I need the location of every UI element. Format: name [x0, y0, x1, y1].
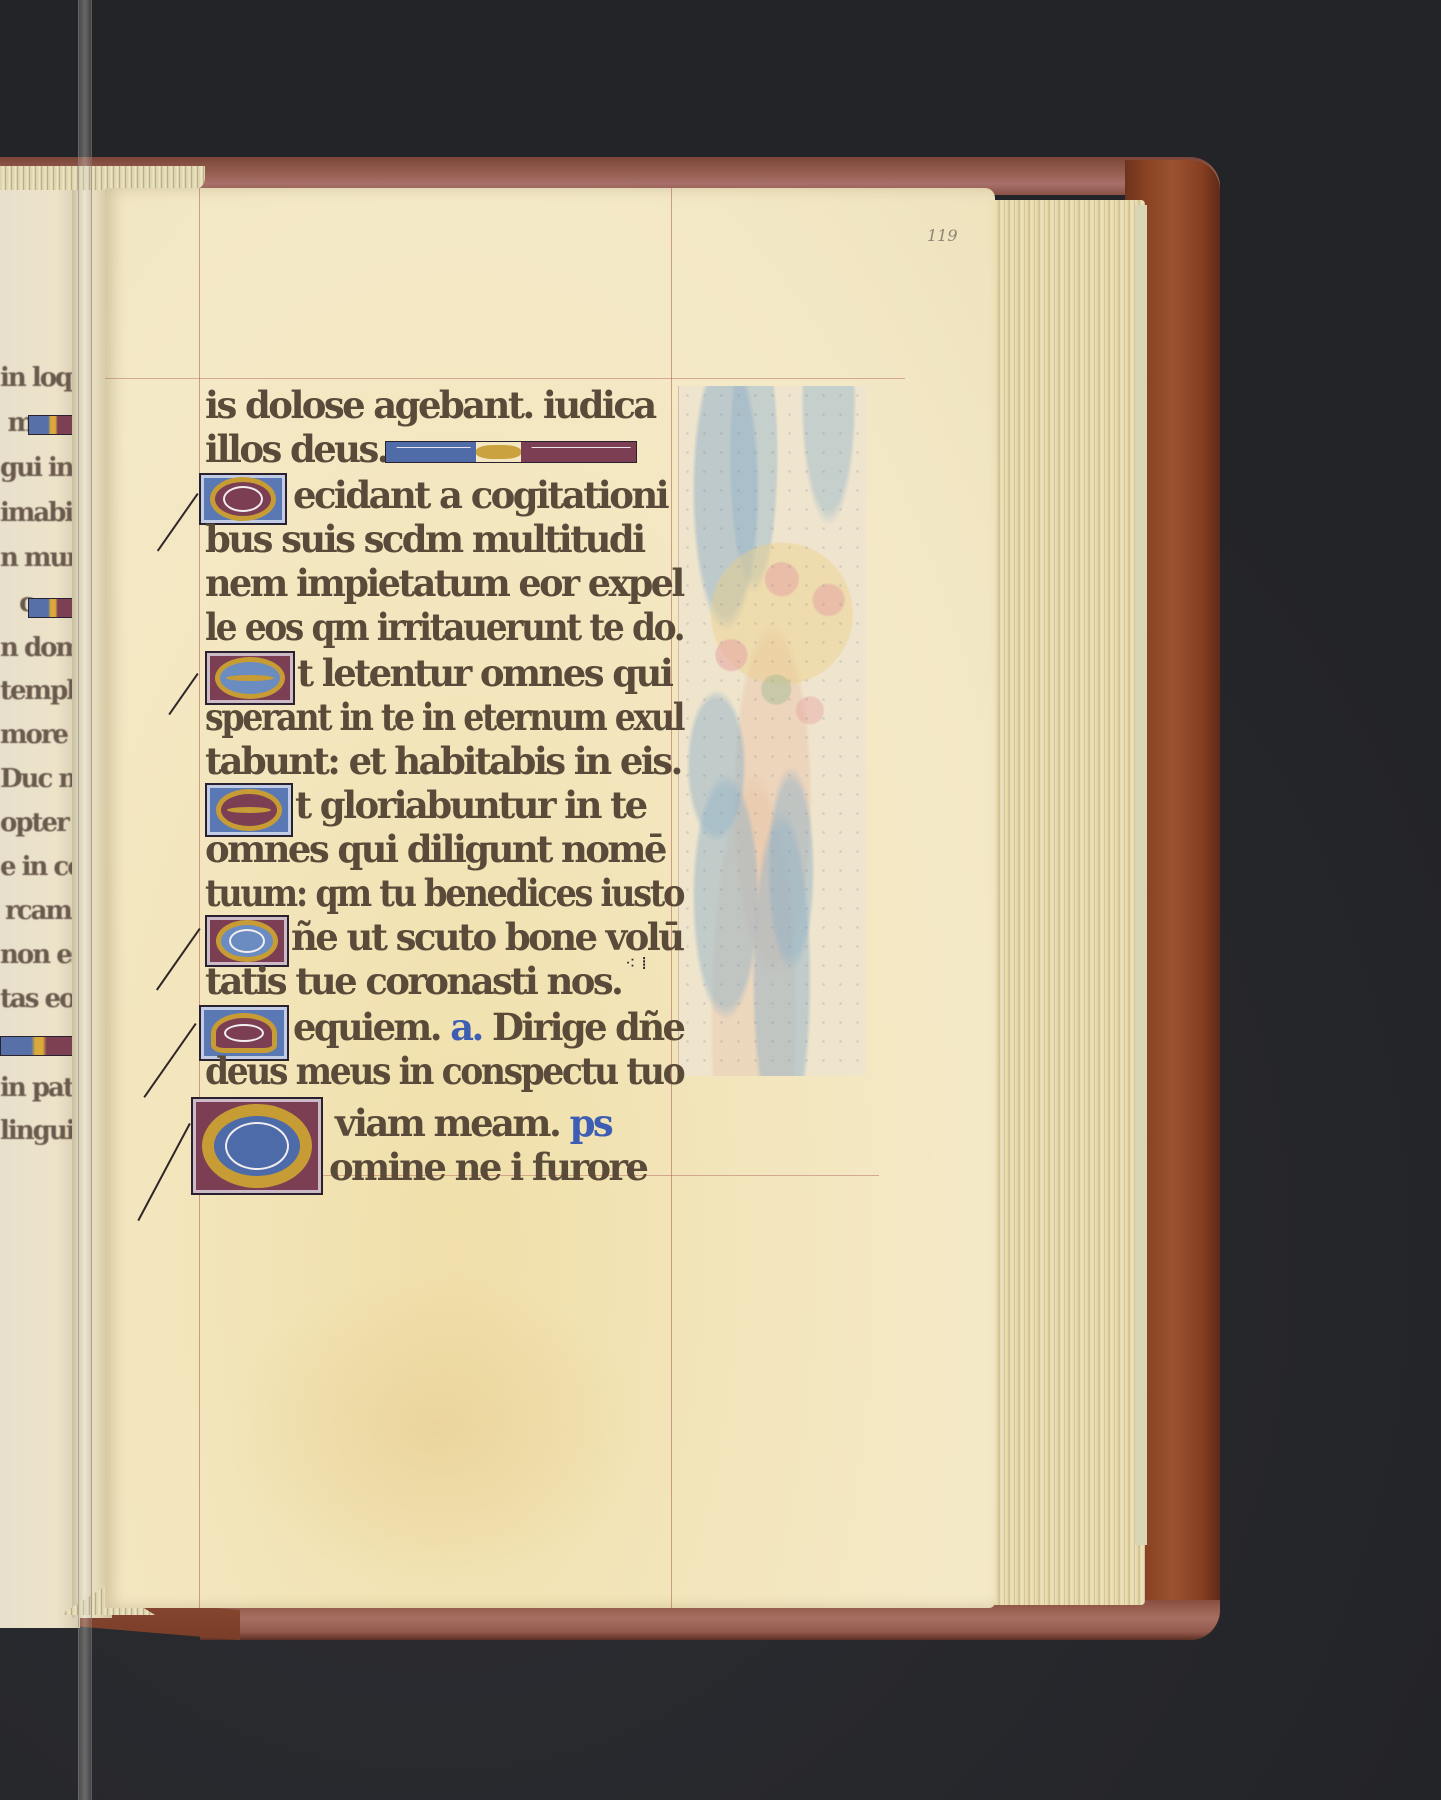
text-line: omnes qui diligunt nomē: [205, 827, 665, 871]
verso-line: tas eor va: [0, 984, 78, 1018]
pen-flourish: [168, 673, 198, 715]
verso-line: imabitu: [0, 498, 78, 532]
verso-line: non est: [0, 940, 78, 974]
acanthus-border-panel: [678, 386, 866, 1076]
antiphon-text: Dirige dñe: [492, 1005, 683, 1049]
text-line: t gloriabuntur in te: [295, 783, 646, 827]
endleaf-edge: [1135, 205, 1147, 1545]
glass-weight-strip: [78, 0, 92, 1800]
text-line: deus meus in conspectu tuo: [205, 1049, 683, 1093]
verso-line: rcam.: [0, 896, 78, 930]
text-line: tabunt: et habitabis in eis.: [205, 739, 681, 783]
text-line: is dolose agebant. iudica: [205, 383, 655, 427]
parchment-stain: [225, 1268, 645, 1588]
pen-flourish: [143, 1023, 196, 1098]
text-line: nem impietatum eor expel: [205, 561, 683, 605]
psalm-rubric: ps: [570, 1101, 612, 1145]
text-line: sperant in te in eternum exul: [205, 695, 683, 739]
text-line: bus suis scdm multitudi: [205, 517, 644, 561]
line-filler: [385, 441, 637, 463]
text-line: ñe ut scuto bone volū: [291, 915, 683, 959]
page-stack-edges: [975, 200, 1145, 1605]
line-filler: [28, 415, 78, 435]
line-filler: [0, 1036, 78, 1056]
text-line: tuum: qm tu benedices iusto: [205, 871, 683, 915]
text-line: omine ne i furore: [329, 1145, 646, 1189]
text-line: illos deus.: [205, 427, 387, 471]
verso-line: in patris: [0, 1073, 78, 1107]
illuminated-initial-d-large: [191, 1097, 323, 1195]
headband-top: [0, 166, 205, 190]
verso-line: opter inim: [0, 808, 78, 842]
verso-line: more tua.: [0, 720, 78, 754]
text-line: viam meam. ps: [335, 1101, 611, 1145]
verso-line: Duc me d: [0, 764, 78, 798]
verso-page-fragment: in loquun m. gui in me imabitu n mundi c…: [0, 168, 80, 1628]
verso-line: n mundi: [0, 543, 78, 577]
line-filler: [28, 598, 78, 618]
antiphon-rubric: a.: [450, 1005, 481, 1049]
verso-line: n domum: [0, 633, 78, 667]
border-dot-pattern: [679, 386, 866, 1076]
text-line: le eos qm irritauerunt te do.: [205, 605, 683, 649]
recto-page: 119 is dolose agebant. iudica illos deus…: [105, 188, 995, 1608]
text-line: ecidant a cogitationi: [293, 473, 667, 517]
verso-line: linguis: [0, 1116, 78, 1150]
text-line: tatis tue coronasti nos.: [205, 959, 621, 1003]
verso-line: in loquun: [0, 363, 78, 397]
pen-flourish: [157, 493, 198, 551]
psalm-line: viam meam.: [335, 1101, 559, 1145]
ruling-line-top: [105, 378, 905, 379]
verso-line: templum: [0, 676, 78, 710]
ruling-line-left: [199, 188, 200, 1608]
pen-flourish: [137, 1123, 190, 1221]
text-line: equiem. a. Dirige dñe: [293, 1005, 683, 1049]
verso-line: e in consp: [0, 852, 78, 886]
verso-line: gui in me: [0, 453, 78, 487]
pen-flourish: [156, 928, 200, 990]
folio-number: 119: [927, 226, 958, 245]
antiphon-incipit: equiem.: [293, 1005, 440, 1049]
text-line: t letentur omnes qui: [297, 651, 671, 695]
punctuation-mark: ⁖ ⁞: [625, 953, 647, 974]
